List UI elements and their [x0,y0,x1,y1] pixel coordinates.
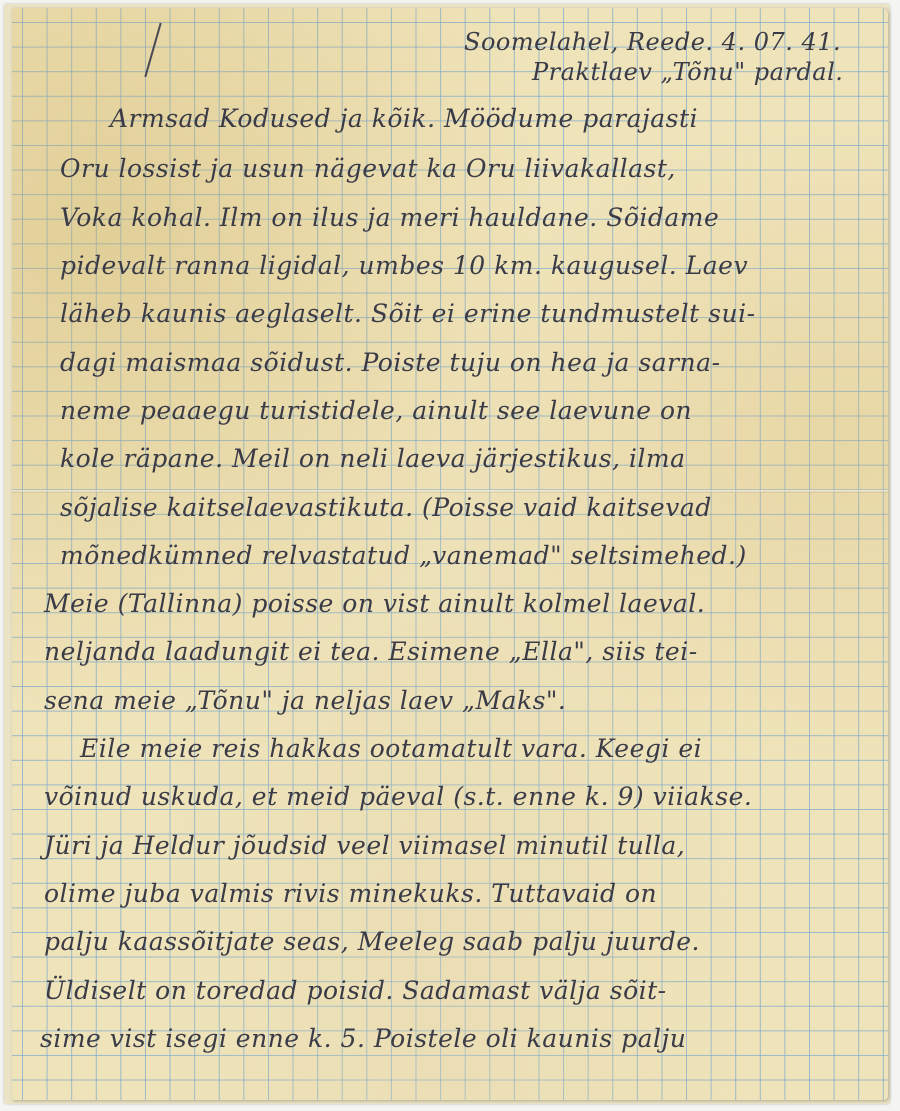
letter-line: dagi maismaa sõidust. Poiste tuju on hea… [60,350,721,375]
letter-line: Oru lossist ja usun nägevat ka Oru liiva… [60,156,676,181]
letter-line: sena meie „Tõnu" ja neljas laev „Maks". [44,688,566,713]
letter-line: neljanda laadungit ei tea. Esimene „Ella… [44,639,698,664]
letter-line: kole räpane. Meil on neli laeva järjesti… [60,446,686,471]
letter-line: Üldiselt on toredad poisid. Sadamast väl… [44,978,667,1003]
letter-line: Meie (Tallinna) poisse on vist ainult ko… [44,591,705,616]
letter-place-date: Soomelahel, Reede. 4. 07. 41. [464,30,841,54]
letter-line: läheb kaunis aeglaselt. Sõit ei erine tu… [60,301,756,326]
letter-line: olime juba valmis rivis minekuks. Tuttav… [44,881,657,906]
letter-line: mõnedkümned relvastatud „vanemad" seltsi… [60,543,747,568]
letter-line: neme peaaegu turistidele, ainult see lae… [60,398,692,423]
margin-mark [144,23,161,77]
letter-line: sime vist isegi enne k. 5. Poistele oli … [40,1026,686,1051]
letter-location: Praktlaev „Tõnu" pardal. [532,60,843,84]
letter-line: võinud uskuda, et meid päeval (s.t. enne… [44,784,752,809]
letter-line: Eile meie reis hakkas ootamatult vara. K… [80,736,702,761]
letter-line: pidevalt ranna ligidal, umbes 10 km. kau… [60,253,748,278]
letter-line: Armsad Kodused ja kõik. Möödume parajast… [110,106,698,131]
letter-line: Jüri ja Heldur jõudsid veel viimasel min… [44,833,685,858]
letter-line: Voka kohal. Ilm on ilus ja meri hauldane… [60,205,719,230]
letter-line: sõjalise kaitselaevastikuta. (Poisse vai… [60,495,712,520]
letter-page: Soomelahel, Reede. 4. 07. 41. Praktlaev … [12,8,888,1100]
letter-line: palju kaassõitjate seas, Meeleg saab pal… [44,929,700,954]
